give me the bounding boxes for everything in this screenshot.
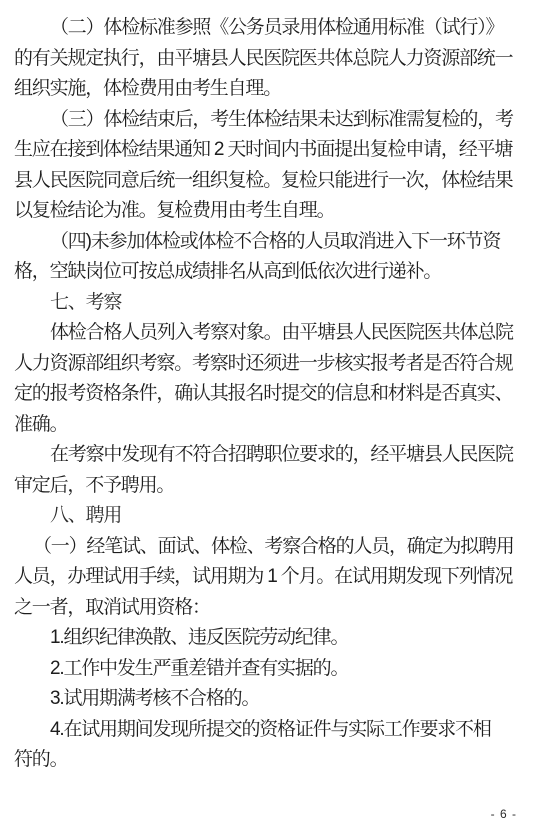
text-line: （四)未参加体检或体检不合格的人员取消进入下一环节资 bbox=[14, 227, 526, 258]
document-page: （二）体检标准参照《公务员录用体检通用标准（试行）》的有关规定执行，由平塘县人民… bbox=[0, 0, 550, 838]
text-line: 县人民医院同意后统一组织复检。复检只能进行一次，体检结果 bbox=[14, 166, 526, 197]
text-line: （二）体检标准参照《公务员录用体检通用标准（试行）》 bbox=[14, 13, 526, 44]
text-line: 准确。 bbox=[14, 410, 526, 441]
text-line: 以复检结论为准。复检费用由考生自理。 bbox=[14, 196, 526, 227]
text-line: 定的报考资格条件，确认其报名时提交的信息和材料是否真实、 bbox=[14, 379, 526, 410]
text-line: 4.在试用期间发现所提交的资格证件与实际工作要求不相 bbox=[14, 715, 526, 746]
text-line: 生应在接到体检结果通知 2 天时间内书面提出复检申请，经平塘 bbox=[14, 135, 526, 166]
text-line: 组织实施，体检费用由考生自理。 bbox=[14, 74, 526, 105]
document-body: （二）体检标准参照《公务员录用体检通用标准（试行）》的有关规定执行，由平塘县人民… bbox=[14, 13, 526, 776]
text-line: 的有关规定执行，由平塘县人民医院医共体总院人力资源部统一 bbox=[14, 44, 526, 75]
text-line: （一）经笔试、面试、体检、考察合格的人员，确定为拟聘用 bbox=[14, 532, 526, 563]
text-line: （三）体检结束后，考生体检结果未达到标准需复检的，考 bbox=[14, 105, 526, 136]
text-line: 1.组织纪律涣散、违反医院劳动纪律。 bbox=[14, 623, 526, 654]
text-line: 人力资源部组织考察。考察时还须进一步核实报考者是否符合规 bbox=[14, 349, 526, 380]
text-line: 2.工作中发生严重差错并查有实据的。 bbox=[14, 654, 526, 685]
text-line: 审定后，不予聘用。 bbox=[14, 471, 526, 502]
text-line: 格，空缺岗位可按总成绩排名从高到低依次进行递补。 bbox=[14, 257, 526, 288]
text-line: 体检合格人员列入考察对象。由平塘县人民医院医共体总院 bbox=[14, 318, 526, 349]
section-heading-line: 七、考察 bbox=[14, 288, 526, 319]
text-line: 人员，办理试用手续，试用期为 1 个月。在试用期发现下列情况 bbox=[14, 562, 526, 593]
text-line: 3.试用期满考核不合格的。 bbox=[14, 684, 526, 715]
text-line: 在考察中发现有不符合招聘职位要求的，经平塘县人民医院 bbox=[14, 440, 526, 471]
page-number: - 6 - bbox=[491, 806, 517, 822]
section-heading-line: 八、聘用 bbox=[14, 501, 526, 532]
text-line: 之一者，取消试用资格： bbox=[14, 593, 526, 624]
text-line: 符的。 bbox=[14, 745, 526, 776]
